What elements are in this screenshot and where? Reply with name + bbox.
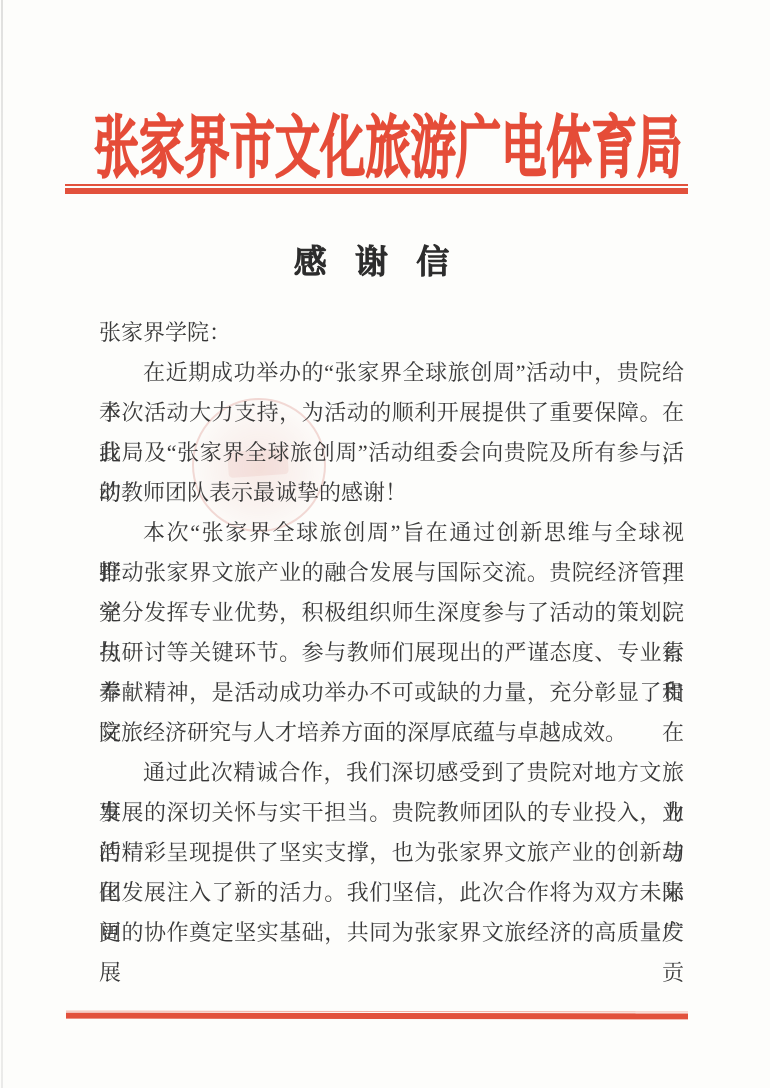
letter-line: 的教师团队表示最诚挚的感谢！ — [99, 473, 684, 513]
letter-line: 充分发挥专业优势，积极组织师生深度参与了活动的策划、执行 — [99, 593, 684, 633]
letter-line: 通过此次精诚合作，我们深切感受到了贵院对地方文旅事业 — [99, 753, 684, 793]
letterhead-rule-thick — [65, 188, 688, 194]
letterhead-rule — [65, 184, 688, 194]
letter-line: 本次活动大力支持，为活动的顺利开展提供了重要保障。在此， — [99, 393, 684, 433]
scanned-letter-page: 张家界市文化旅游广电体育局 感 谢 信 张家界学院： 在近期成功举办的“张家界全… — [0, 0, 770, 1088]
letter-line: 的精彩呈现提供了坚实支撑，也为张家界文旅产业的创新与国际 — [99, 833, 684, 873]
letter-body: 张家界学院： 在近期成功举办的“张家界全球旅创周”活动中，贵院给予 本次活动大力… — [99, 313, 684, 953]
letter-line: 与研讨等关键环节。参与教师们展现出的严谨态度、专业素养和 — [99, 633, 684, 673]
letterhead: 张家界市文化旅游广电体育局 — [80, 98, 696, 184]
salutation: 张家界学院： — [99, 313, 684, 353]
letter-line: 推动张家界文旅产业的融合发展与国际交流。贵院经济管理学院 — [99, 553, 684, 593]
scanner-edge-artifact — [1, 0, 3, 1088]
document-title: 感 谢 信 — [65, 236, 688, 283]
letter-line: 发展的深切关怀与实干担当。贵院教师团队的专业投入，为活动 — [99, 793, 684, 833]
letter-line: 化发展注入了新的活力。我们坚信，此次合作将为双方未来更广 — [99, 873, 684, 913]
letterhead-title: 张家界市文化旅游广电体育局 — [94, 92, 682, 190]
letter-line: 奉献精神，是活动成功举办不可或缺的力量，充分彰显了贵院在 — [99, 673, 684, 713]
letter-line: 在近期成功举办的“张家界全球旅创周”活动中，贵院给予 — [99, 353, 684, 393]
footer-rule — [66, 1013, 688, 1020]
letter-line: 本次“张家界全球旅创周”旨在通过创新思维与全球视野， — [99, 513, 684, 553]
letter-line: 文旅经济研究与人才培养方面的深厚底蕴与卓越成效。 — [99, 713, 684, 753]
letter-line: 阔的协作奠定坚实基础，共同为张家界文旅经济的高质量发展贡 — [99, 913, 684, 953]
letter-line: 我局及“张家界全球旅创周”活动组委会向贵院及所有参与活动 — [99, 433, 684, 473]
